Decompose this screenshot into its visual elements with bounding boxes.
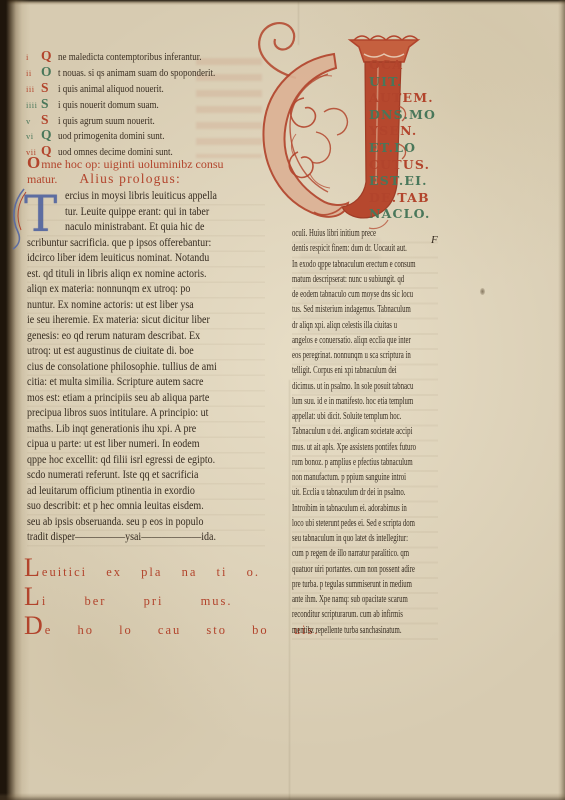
incipit-cap-line: YSEN. bbox=[369, 123, 439, 140]
commentary-line: reconditur scripturarum. cum ab infirmis bbox=[292, 609, 391, 624]
incipit-cap-line: AUTEM. bbox=[369, 90, 439, 107]
chapter-text: i quis agrum suum nouerit. bbox=[58, 116, 155, 127]
commentary-line: telligit. Corpus eni xpi tabnaculum dei bbox=[292, 365, 391, 380]
prologue-line: maths. Lib inqt generationis ihu xpi. A … bbox=[27, 423, 234, 439]
prologue-line: ercius in moysi libris leuiticus appella bbox=[65, 190, 239, 206]
prologue-line: naculo ministrabant. Et quia hic de bbox=[65, 221, 239, 237]
commentary-line: uit. Ecclia u tabnaculum dr dei in psalm… bbox=[292, 487, 391, 502]
chapter-numeral: iii bbox=[26, 84, 41, 94]
page-bottom-edge bbox=[0, 793, 565, 800]
incipit-cap-line: CUTUS. bbox=[369, 157, 439, 174]
explicit-initial: L bbox=[24, 553, 40, 582]
rubric-intro: Omne hoc op: uiginti uoluminibz consu ma… bbox=[27, 153, 224, 188]
commentary-line: eos peregrinat. nonnunqm u sca scriptura… bbox=[292, 350, 391, 365]
prologue-line: scribuntur sacrificia. que p ipsos offer… bbox=[27, 237, 234, 253]
commentary-line: non manufactum. p ppium sanguine introi bbox=[292, 472, 391, 487]
chapter-index-row: vi Q uod primogenita domini sunt. bbox=[26, 127, 266, 143]
chapter-initial: Q bbox=[41, 127, 58, 143]
incipit-cap-line: NACLO. bbox=[369, 206, 439, 223]
chapter-text: t nouas. si qs animam suam do spoponderi… bbox=[58, 68, 215, 79]
prologue-line: cius de consolatione philosophie. tulliu… bbox=[27, 361, 234, 377]
explicit-text: i ber pri mus. bbox=[42, 594, 233, 608]
chapter-numeral: v bbox=[26, 116, 41, 126]
prologue-line: qppe hoc excellit: qd filii isrl egressi… bbox=[27, 454, 234, 470]
prologue-line: seu ab ipsis obseruanda. seu p eos in po… bbox=[27, 516, 234, 532]
prologue-line: utroq: ut est augustinus de ciuitate di.… bbox=[27, 345, 234, 361]
prologue-line: tur. Leuite quippe erant: qui in taber bbox=[65, 206, 239, 222]
prologue-line: idcirco liber idem leuiticus nominat. No… bbox=[27, 252, 234, 268]
chapter-text: uod primogenita domini sunt. bbox=[58, 131, 164, 142]
explicit-initial: L bbox=[24, 582, 40, 611]
parchment-blemish bbox=[480, 288, 485, 295]
chapter-text: i quis animal aliquod nouerit. bbox=[58, 84, 164, 95]
prologue-line: tradit disper—————ysai——————ida. bbox=[27, 531, 234, 547]
incipit-cap-line: DNS.MO bbox=[369, 107, 439, 124]
prologue-line: suo describit: et p hec omnia leuitas ei… bbox=[27, 500, 234, 516]
commentary-line: cum p regem de illo narratur paralitico.… bbox=[292, 548, 391, 563]
explicit-text: e ho lo cau sto bo uis. bbox=[45, 623, 320, 637]
prologue-line: citia: et multa similia. Scripture autem… bbox=[27, 376, 234, 392]
chapter-initial: S bbox=[41, 96, 58, 112]
manuscript-page: i Q ne maledicta contemptoribus inferant… bbox=[0, 0, 565, 800]
chapter-index-row: v S i quis agrum suum nouerit. bbox=[26, 112, 266, 128]
commentary-line: pre turba. p tegulas summiserunt in medi… bbox=[292, 579, 391, 594]
page-top-edge bbox=[0, 0, 565, 5]
chapter-index-row: ii O t nouas. si qs animam suam do spopo… bbox=[26, 64, 266, 80]
commentary-line: dicimus. ut in psalmo. In sole posuit ta… bbox=[292, 381, 391, 396]
chapter-numeral: iiii bbox=[26, 100, 41, 110]
prologue-line: precipua libros suos intitulare. A princ… bbox=[27, 407, 234, 423]
chapter-index-row: i Q ne maledicta contemptoribus inferant… bbox=[26, 48, 266, 64]
chapter-text: i quis nouerit domum suam. bbox=[58, 100, 159, 111]
prologue-line: aliqn ex materia: nonnunqm ex utroq: po bbox=[27, 283, 234, 299]
prologue-line: genesis: eo qd rerum naturam describat. … bbox=[27, 330, 234, 346]
chapter-initial: O bbox=[41, 64, 58, 80]
explicit-line: De ho lo cau sto bo uis. bbox=[24, 611, 319, 640]
incipit-cap-line: ET.LO bbox=[369, 140, 439, 157]
chapter-numeral: vi bbox=[26, 131, 41, 141]
commentary-line: oculi. Huius libri initium prece bbox=[292, 228, 391, 243]
chapter-index-row: iii S i quis animal aliquod nouerit. bbox=[26, 80, 266, 96]
commentary-text: oculi. Huius libri initium precedentis r… bbox=[292, 228, 438, 640]
prologue-line: nuntur. Ex nomine actoris: ut est liber … bbox=[27, 299, 234, 315]
commentary-line: lum suu. id e in manifesto. hoc etia tem… bbox=[292, 396, 391, 411]
prologue-line: cipua u parte: ut est liber numeri. In e… bbox=[27, 438, 234, 454]
commentary-line: Introibim in tabnaculum ei. adorabimus i… bbox=[292, 503, 391, 518]
rubric-line1-text: mne hoc op: uiginti uoluminibz consu bbox=[41, 157, 223, 171]
commentary-line: angelos e conuersatio. aliqn ecclia que … bbox=[292, 335, 391, 350]
prologue-line: ie seu iheremie. Ex materia: sicut dicit… bbox=[27, 314, 234, 330]
explicit-line: Leuitici ex pla na ti o. bbox=[24, 553, 319, 582]
chapter-text: ne maledicta contemptoribus inferantur. bbox=[58, 52, 201, 63]
commentary-line: dentis respicit finem: dum dr. Uocauit a… bbox=[292, 243, 391, 258]
explicit-rubric: Leuitici ex pla na ti o. Li ber pri mus.… bbox=[24, 553, 319, 640]
incipit-cap-line: DE.TAB bbox=[369, 190, 439, 207]
commentary-line: ante ihm. Xpe namq: sub opacitate scarum bbox=[292, 594, 391, 609]
chapter-index-row: iiii S i quis nouerit domum suam. bbox=[26, 96, 266, 112]
prologue-line: mos est: etiam a principiis seu ab aliqu… bbox=[27, 392, 234, 408]
incipit-cap-line: EST.EI. bbox=[369, 173, 439, 190]
page-right-edge bbox=[558, 0, 565, 800]
prologue-line: scdo numerati referunt. Iste qq et sacri… bbox=[27, 469, 234, 485]
rubric-initial-O: O bbox=[27, 153, 40, 172]
margin-signature-mark: F bbox=[431, 234, 439, 246]
commentary-line: dr aliqn xpi. aliqn celestis illa ciuita… bbox=[292, 320, 391, 335]
chapter-initial: S bbox=[41, 112, 58, 128]
prologue-line: ad leuitarum officium ptinentia in exord… bbox=[27, 485, 234, 501]
rubric-heading: Alius prologus: bbox=[79, 171, 181, 186]
chapter-numeral: ii bbox=[26, 68, 41, 78]
chapter-index: i Q ne maledicta contemptoribus inferant… bbox=[26, 48, 266, 159]
commentary-line: matum descripserat: nunc u subiungit. qd bbox=[292, 274, 391, 289]
commentary-line: quatuor uiri portantes. cum non possent … bbox=[292, 564, 391, 579]
commentary-line: tus. Sed misterium indagemus. Tabnaculum bbox=[292, 304, 391, 319]
rubric-line2-text: matur. bbox=[27, 172, 57, 186]
commentary-line: mus. ut ait apls. Xpe assistens pontifex… bbox=[292, 442, 391, 457]
explicit-line: Li ber pri mus. bbox=[24, 582, 319, 611]
commentary-line: seu tabnaculum in quo latet ds intellegi… bbox=[292, 533, 391, 548]
commentary-line: Tabnaculum u dei. anglicam societate acc… bbox=[292, 426, 391, 441]
chapter-numeral: i bbox=[26, 52, 41, 62]
prologue-line: est. qd tituli in libris aliqn ex nomine… bbox=[27, 268, 234, 284]
chapter-initial: Q bbox=[41, 48, 58, 64]
incipit-cap-line: OCA bbox=[369, 57, 439, 74]
commentary-line: loco ubi steterunt pedes ei. Sed e scrip… bbox=[292, 518, 391, 533]
commentary-line: In exodo qppe tabnaculum erectum e consu… bbox=[292, 259, 391, 274]
explicit-text: euitici ex pla na ti o. bbox=[42, 565, 260, 579]
commentary-line: de eodem tabnaculo cum moyse dns sic loc… bbox=[292, 289, 391, 304]
incipit-capitals: OCAUIT.AUTEM.DNS.MOYSEN.ET.LOCUTUS.EST.E… bbox=[369, 57, 439, 223]
commentary-line: mentibz repellente turba sanchasinatum. bbox=[292, 625, 391, 640]
prologue-text: ercius in moysi libris leuiticus appella… bbox=[27, 190, 265, 547]
incipit-cap-line: UIT. bbox=[369, 74, 439, 91]
explicit-initial: D bbox=[24, 611, 43, 640]
commentary-line: rum bonoz. p amplius e pfectius tabnacul… bbox=[292, 457, 391, 472]
commentary-line: appellat: ubi dicit. Soluite templum hoc… bbox=[292, 411, 391, 426]
chapter-initial: S bbox=[41, 80, 58, 96]
rubric-line-1: Omne hoc op: uiginti uoluminibz consu bbox=[27, 153, 224, 171]
